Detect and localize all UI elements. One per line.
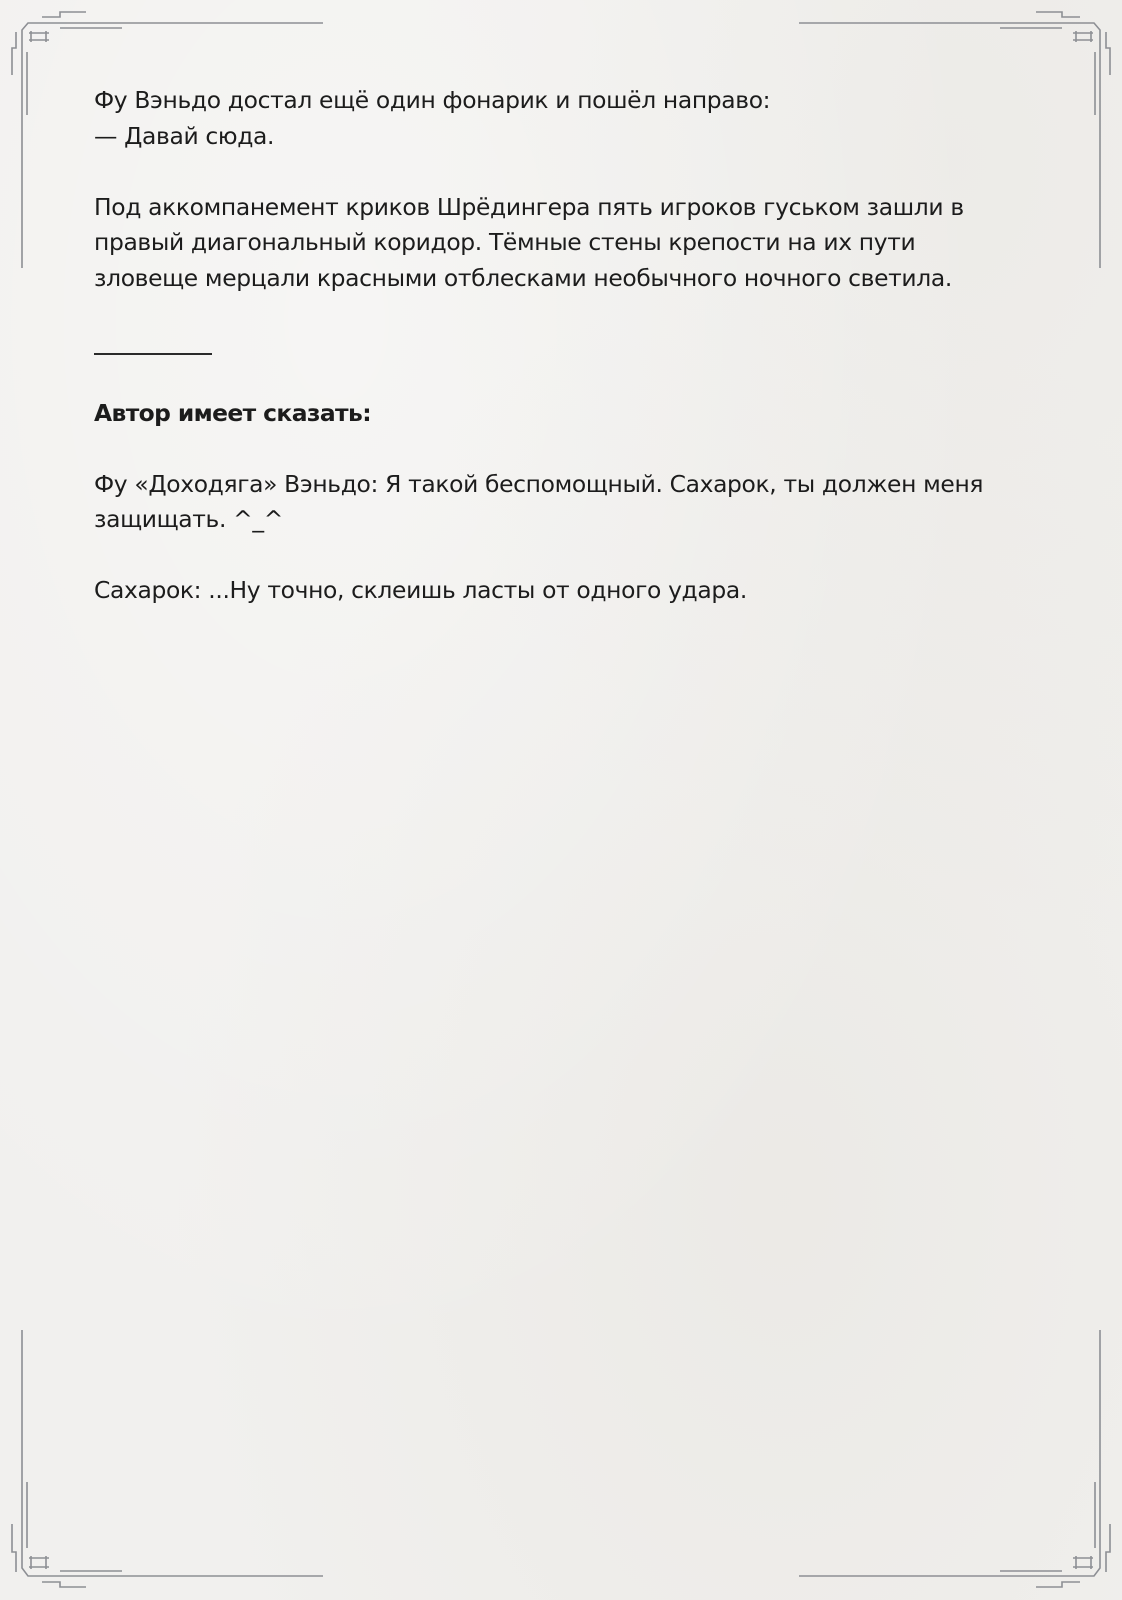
document-body: Фу Вэньдо достал ещё один фонарик и пошё… bbox=[94, 83, 1014, 609]
paragraph-gap bbox=[94, 431, 1014, 467]
author-note-line: Фу «Доходяга» Вэньдо: Я такой беспомощны… bbox=[94, 467, 1014, 503]
author-note-line: Сахарок: ...Ну точно, склеишь ласты от о… bbox=[94, 573, 1014, 609]
paragraph-gap bbox=[94, 296, 1014, 326]
author-note-heading: Автор имеет сказать: bbox=[94, 396, 1014, 432]
paragraph-gap bbox=[94, 355, 1014, 396]
paragraph-line: правый диагональный коридор. Тёмные стен… bbox=[94, 225, 1014, 261]
paragraph-gap bbox=[94, 154, 1014, 190]
corner-ornament-bottom-right bbox=[799, 1330, 1110, 1587]
author-note-line: защищать. ^_^ bbox=[94, 502, 1014, 538]
paragraph-line: Под аккомпанемент криков Шрёдингера пять… bbox=[94, 190, 1014, 226]
paragraph-line: зловеще мерцали красными отблесками необ… bbox=[94, 261, 1014, 297]
paragraph-line: Фу Вэньдо достал ещё один фонарик и пошё… bbox=[94, 83, 1014, 119]
dialogue-line: — Давай сюда. bbox=[94, 119, 1014, 155]
paragraph-gap bbox=[94, 538, 1014, 574]
corner-ornament-bottom-left bbox=[12, 1330, 323, 1587]
